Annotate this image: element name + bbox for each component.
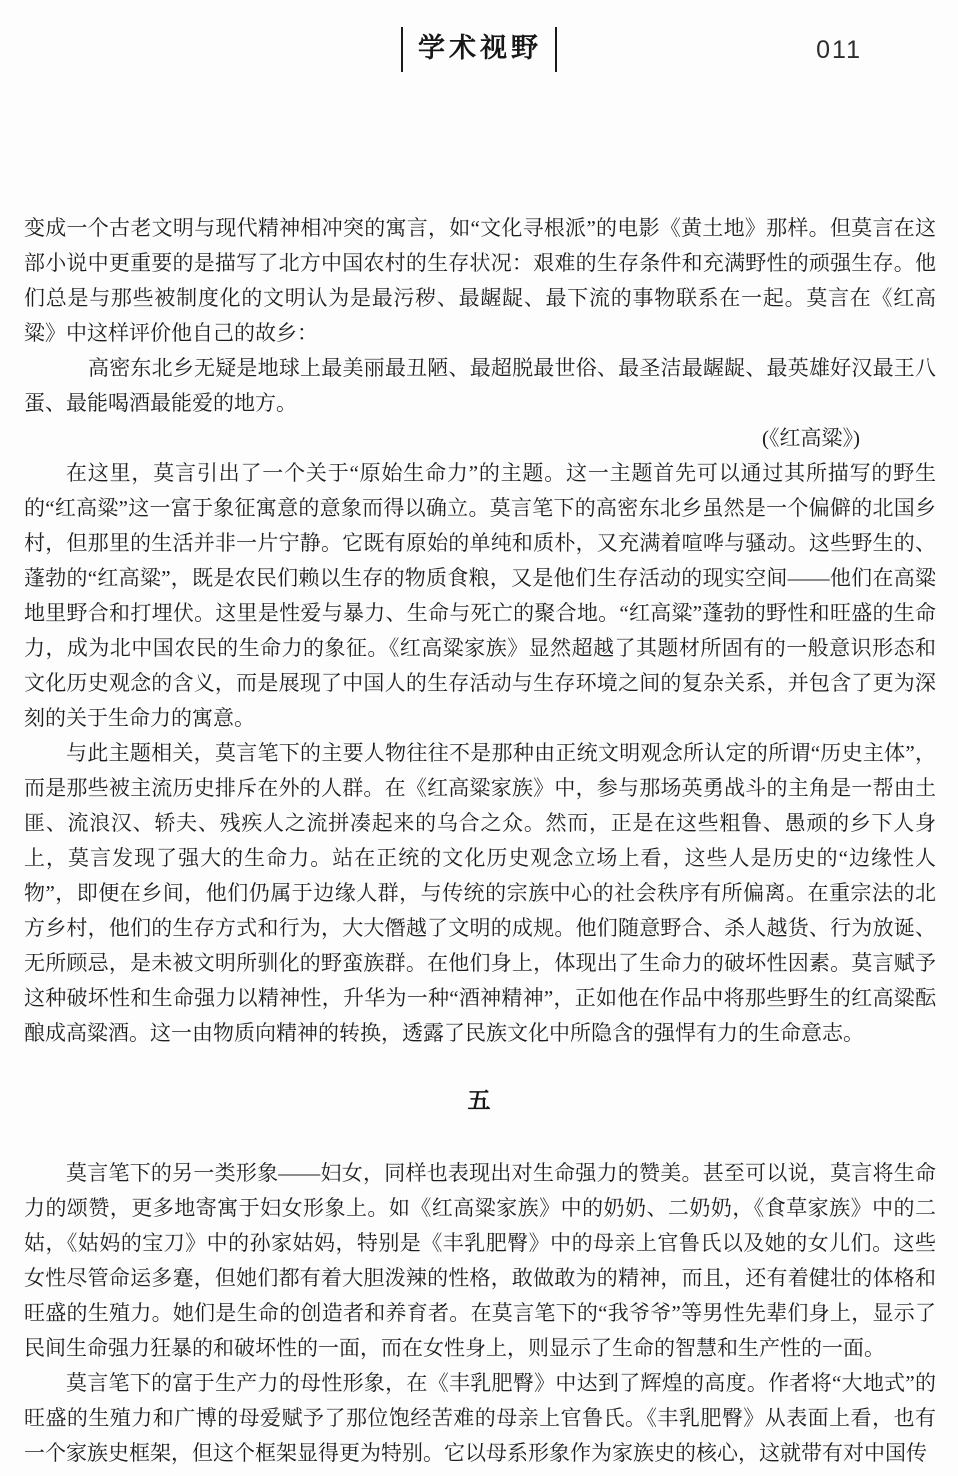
section-heading: 五 [24, 1083, 936, 1118]
block-quote: 高密东北乡无疑是地球上最美丽最丑陋、最超脱最世俗、最圣洁最龌龊、最英雄好汉最王八… [24, 351, 936, 421]
running-title: 学术视野 [401, 27, 557, 72]
quote-attribution: (《红高粱》) [24, 421, 936, 456]
paragraph-continuation: 变成一个古老文明与现代精神相冲突的寓言，如“文化寻根派”的电影《黄土地》那样。但… [24, 211, 936, 351]
paragraph: 与此主题相关，莫言笔下的主要人物往往不是那种由正统文明观念所认定的所谓“历史主体… [24, 736, 936, 1051]
paragraph: 莫言笔下的富于生产力的母性形象，在《丰乳肥臀》中达到了辉煌的高度。作者将“大地式… [24, 1366, 936, 1471]
book-page: 学术视野 011 变成一个古老文明与现代精神相冲突的寓言，如“文化寻根派”的电影… [0, 0, 958, 1476]
paragraph: 在这里，莫言引出了一个关于“原始生命力”的主题。这一主题首先可以通过其所描写的野… [24, 456, 936, 736]
page-body: 变成一个古老文明与现代精神相冲突的寓言，如“文化寻根派”的电影《黄土地》那样。但… [24, 211, 936, 1471]
page-header: 学术视野 [0, 27, 958, 72]
paragraph: 莫言笔下的另一类形象——妇女，同样也表现出对生命强力的赞美。甚至可以说，莫言将生… [24, 1156, 936, 1366]
page-number: 011 [816, 36, 862, 65]
